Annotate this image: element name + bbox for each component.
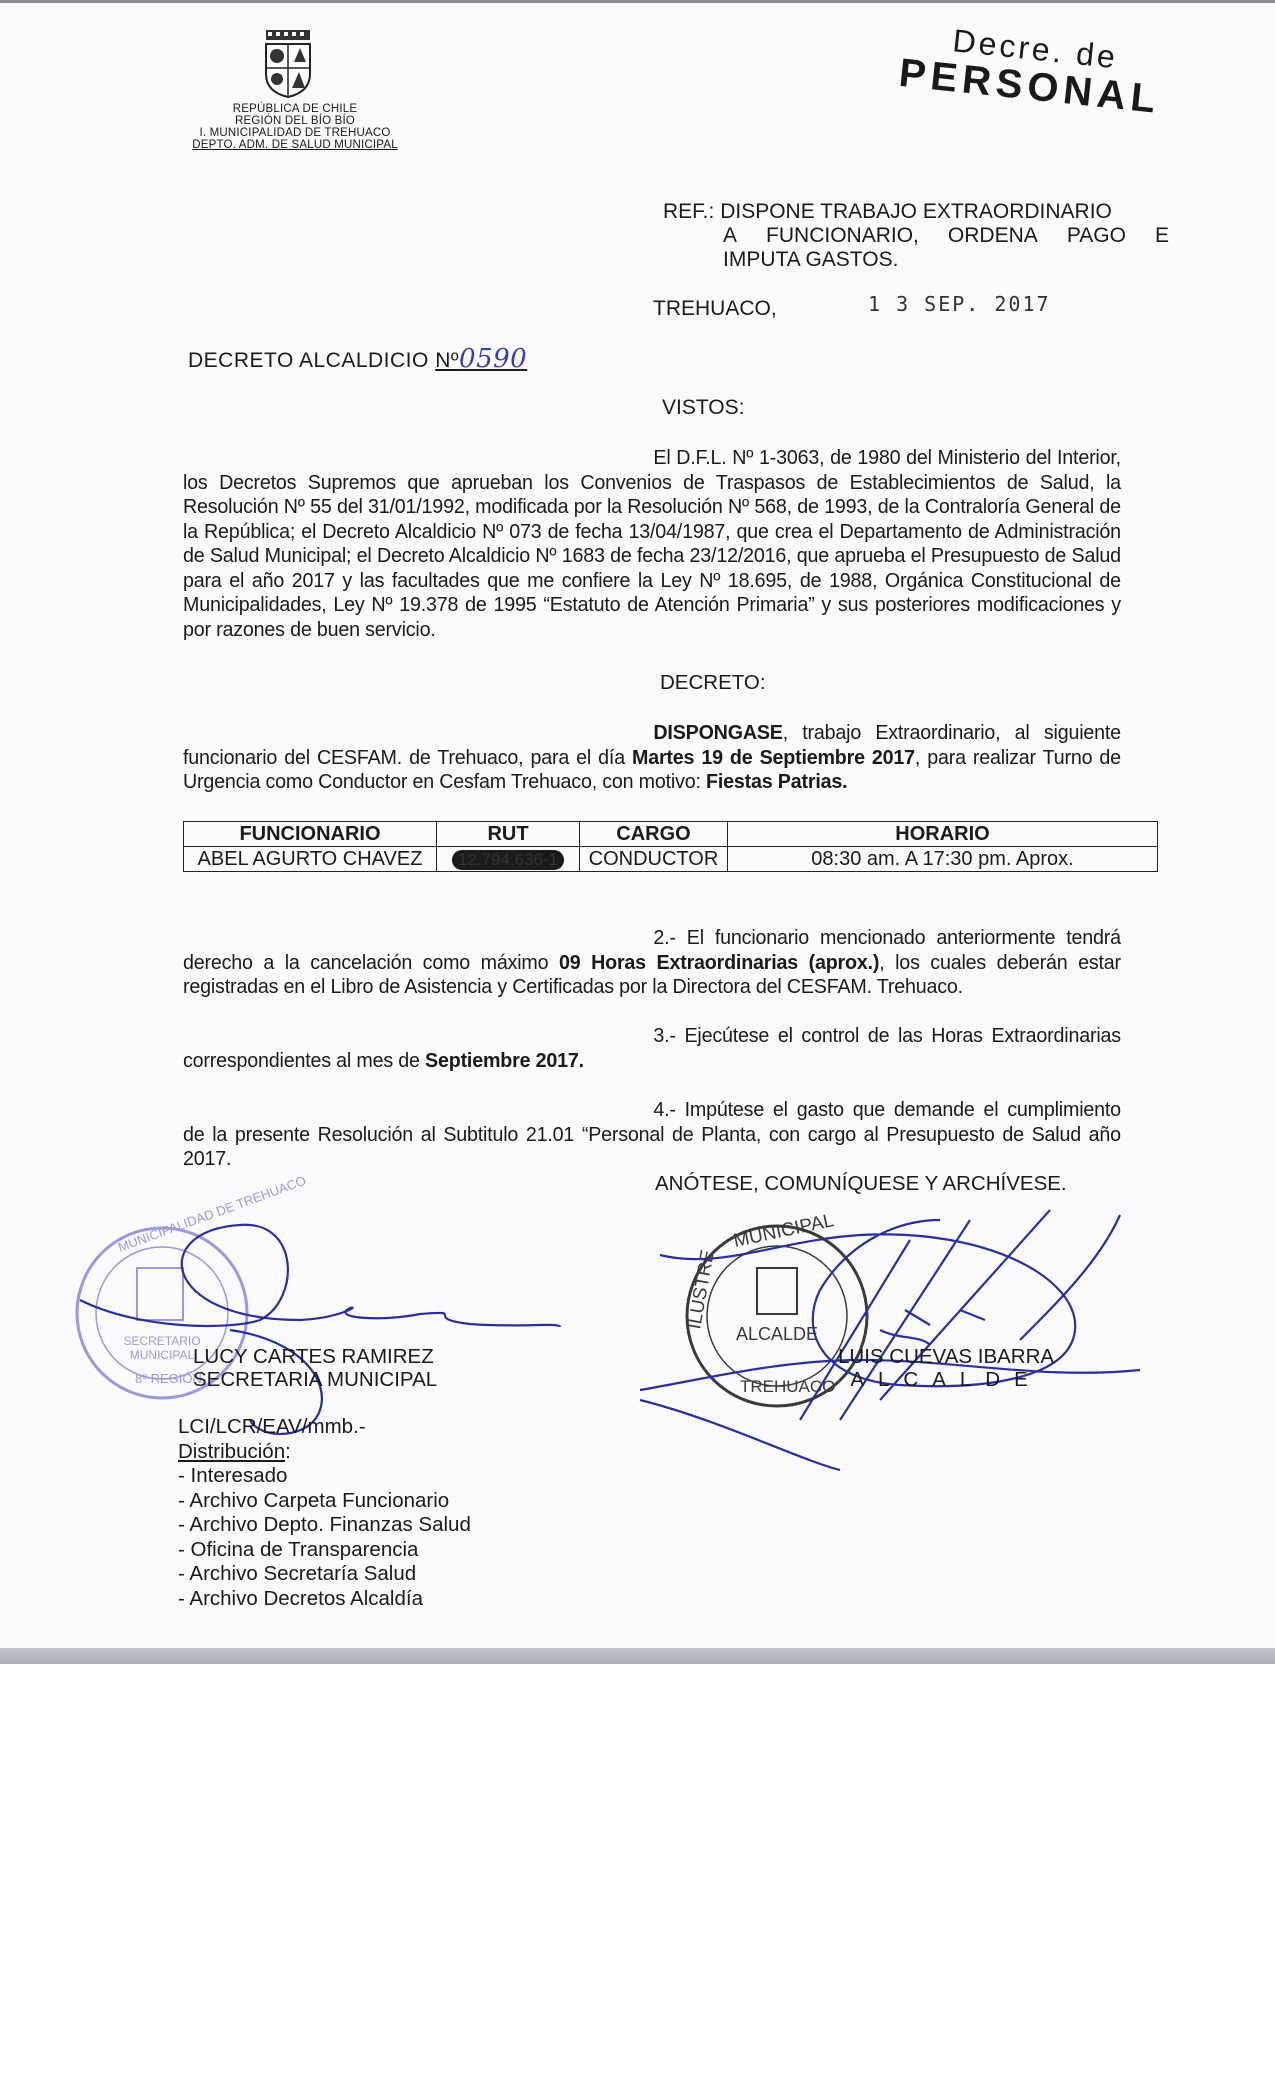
header-line: I. MUNICIPALIDAD DE TREHUACO — [150, 127, 440, 139]
text: 3.- Ejecútese el control de las Horas Ex… — [183, 1024, 1121, 1072]
decreto-paragraph: DISPONGASE, trabajo Extraordinario, al s… — [183, 721, 1121, 795]
distribution-item: - Archivo Depto. Finanzas Salud — [178, 1513, 471, 1538]
ref-label: REF.: — [663, 200, 714, 223]
distribution-item: - Archivo Carpeta Funcionario — [178, 1489, 471, 1514]
ref-line: IMPUTA GASTOS. — [663, 248, 1163, 272]
distribution-item: - Archivo Secretaría Salud — [178, 1562, 471, 1587]
mayor-signature-block: LUIS CUEVAS IBARRA ALCALDE — [838, 1345, 1054, 1391]
column-header: FUNCIONARIO — [184, 822, 437, 847]
table-header-row: FUNCIONARIO RUT CARGO HORARIO — [184, 822, 1158, 847]
table-row: ABEL AGURTO CHAVEZ 12.794.636-1 CONDUCTO… — [184, 847, 1158, 872]
ref-word: A — [723, 224, 737, 248]
scan-edge — [0, 0, 1275, 3]
bold-text: Fiestas Patrias. — [706, 770, 847, 793]
secretary-signature-block: LUCY CARTES RAMIREZ SECRETARIA MUNICIPAL — [193, 1345, 437, 1391]
cell-rut: 12.794.636-1 — [437, 847, 580, 872]
coat-of-arms-icon — [258, 30, 318, 98]
bold-text: DISPONGASE — [653, 721, 782, 744]
header-line: REPÚBLICA DE CHILE — [150, 103, 440, 115]
decree-label: DECRETO ALCALDICIO — [188, 349, 429, 372]
place-label: TREHUACO, — [653, 297, 777, 321]
decreto-heading: DECRETO: — [660, 671, 766, 695]
clause-2: 2.- El funcionario mencionado anteriorme… — [183, 926, 1121, 1000]
ref-line: A FUNCIONARIO, ORDENA PAGO E — [663, 224, 1163, 248]
handwritten-number: 0590 — [459, 344, 527, 374]
cell-cargo: CONDUCTOR — [580, 847, 728, 872]
secretary-title: SECRETARIA MUNICIPAL — [193, 1368, 437, 1391]
vistos-heading: VISTOS: — [662, 396, 744, 420]
column-header: RUT — [437, 822, 580, 847]
scan-bottom-edge — [0, 1648, 1275, 1664]
ref-line: DISPONE TRABAJO EXTRAORDINARIO — [720, 200, 1112, 223]
clause-4: 4.- Impútese el gasto que demande el cum… — [183, 1098, 1121, 1172]
bold-text: 09 Horas Extraordinarias (aprox.) — [559, 951, 879, 974]
redacted-rut: 12.794.636-1 — [452, 850, 564, 870]
initials: LCI/LCR/EAV/mmb.- — [178, 1415, 471, 1440]
secretary-name: LUCY CARTES RAMIREZ — [193, 1345, 437, 1368]
column-header: CARGO — [580, 822, 728, 847]
distribution-label: Distribución — [178, 1440, 285, 1463]
distribution-item: - Interesado — [178, 1464, 471, 1489]
clause-4-text: 4.- Impútese el gasto que demande el cum… — [183, 1098, 1121, 1172]
cell-horario: 08:30 am. A 17:30 pm. Aprox. — [728, 847, 1158, 872]
mayor-name: LUIS CUEVAS IBARRA — [838, 1345, 1054, 1368]
employee-table: FUNCIONARIO RUT CARGO HORARIO ABEL AGURT… — [183, 821, 1158, 872]
number-prefix: Nº — [435, 349, 459, 372]
ref-word: PAGO — [1067, 224, 1126, 248]
ref-word: E — [1155, 224, 1169, 248]
bold-text: Martes 19 de Septiembre 2017 — [632, 746, 915, 769]
header-line: REGIÓN DEL BÍO BÍO — [150, 115, 440, 127]
column-header: HORARIO — [728, 822, 1158, 847]
distribution-item: - Archivo Decretos Alcaldía — [178, 1587, 471, 1612]
vistos-text: El D.F.L. Nº 1-3063, de 1980 del Ministe… — [183, 446, 1121, 642]
mayor-title: ALCALDE — [838, 1368, 1054, 1391]
vistos-paragraph: El D.F.L. Nº 1-3063, de 1980 del Ministe… — [183, 446, 1121, 642]
reference-block: REF.: DISPONE TRABAJO EXTRAORDINARIO A F… — [663, 200, 1163, 272]
closing-formula: ANÓTESE, COMUNÍQUESE Y ARCHÍVESE. — [655, 1172, 1067, 1196]
bold-text: Septiembre 2017. — [425, 1049, 584, 1072]
header-line: DEPTO. ADM. DE SALUD MUNICIPAL — [150, 139, 440, 151]
distribution-block: LCI/LCR/EAV/mmb.- Distribución: - Intere… — [178, 1415, 471, 1611]
ref-word: ORDENA — [948, 224, 1038, 248]
decree-number: DECRETO ALCALDICIO Nº0590 — [188, 344, 527, 374]
clause-3: 3.- Ejecútese el control de las Horas Ex… — [183, 1024, 1121, 1073]
institution-header: REPÚBLICA DE CHILE REGIÓN DEL BÍO BÍO I.… — [150, 103, 440, 151]
date-stamp: 1 3 SEP. 2017 — [868, 292, 1051, 316]
cell-funcionario: ABEL AGURTO CHAVEZ — [184, 847, 437, 872]
distribution-item: - Oficina de Transparencia — [178, 1538, 471, 1563]
ref-word: FUNCIONARIO, — [766, 224, 919, 248]
